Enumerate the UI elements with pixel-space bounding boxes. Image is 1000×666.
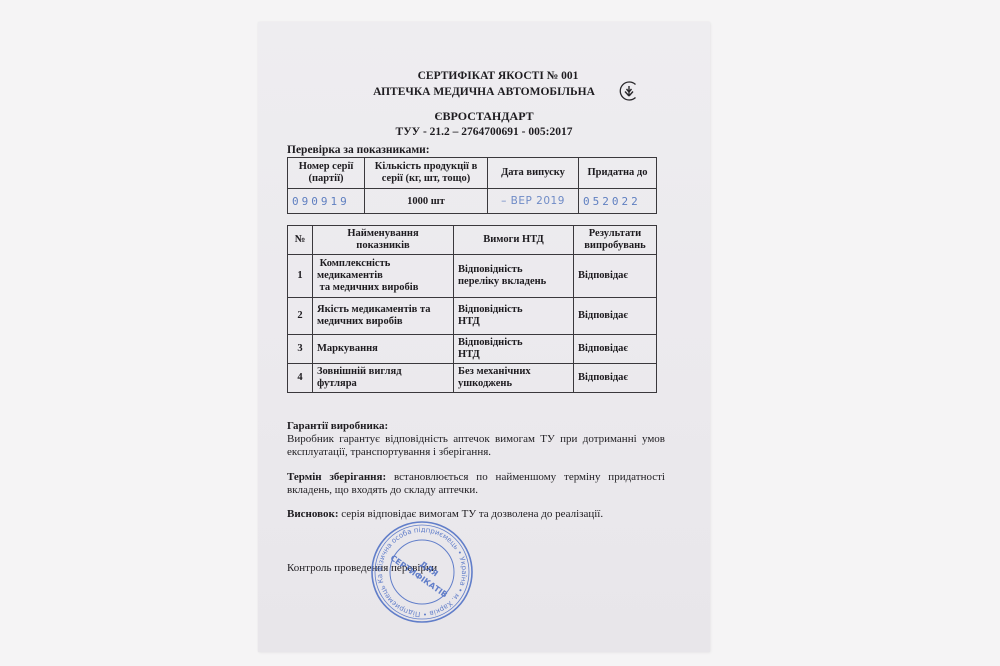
table-row: 4 Зовнішній виглядфутляра Без механічних… (288, 364, 657, 393)
release-date: – ВЕР 2019 (488, 189, 579, 214)
series-table: Номер серії(партії) Кількість продукції … (287, 157, 657, 214)
certificate-title: СЕРТИФІКАТ ЯКОСТІ № 001 (258, 68, 710, 84)
certificate-paper: СЕРТИФІКАТ ЯКОСТІ № 001 АПТЕЧКА МЕДИЧНА … (258, 22, 710, 652)
header-valid-until: Придатна до (579, 158, 657, 189)
test-result: Відповідає (574, 335, 657, 364)
standard-name: ЄВРОСТАНДАРТ (258, 108, 710, 124)
results-table: № Найменуванняпоказників Вимоги НТД Резу… (287, 225, 657, 393)
storage-label: Термін зберігання: (287, 471, 386, 483)
certificate-header: СЕРТИФІКАТ ЯКОСТІ № 001 АПТЕЧКА МЕДИЧНА … (258, 68, 710, 140)
row-number: 4 (288, 364, 313, 393)
header-requirements: Вимоги НТД (454, 226, 574, 255)
control-signature-line: Контроль проведення перевірки (287, 562, 665, 575)
series-table-row: 090919 1000 шт – ВЕР 2019 052022 (288, 189, 657, 214)
guarantee-label: Гарантії виробника: (287, 420, 388, 432)
guarantee-text: Виробник гарантує відповідність аптечок … (287, 433, 665, 458)
indicator-name: Якість медикаментів тамедичних виробів (313, 298, 454, 335)
header-number: № (288, 226, 313, 255)
svg-text:СЕРТИФІКАТІВ: СЕРТИФІКАТІВ (389, 553, 449, 599)
requirement: ВідповідністьНТД (454, 335, 574, 364)
indicator-name: Комплексністьмедикаментів та медичних ви… (313, 255, 454, 298)
quantity: 1000 шт (365, 189, 488, 214)
table-row: 2 Якість медикаментів тамедичних виробів… (288, 298, 657, 335)
conformity-mark-icon (617, 79, 641, 103)
requirement: Відповідністьпереліку вкладень (454, 255, 574, 298)
header-test-results: Результативипробувань (574, 226, 657, 255)
conclusion-section: Висновок: серія відповідає вимогам ТУ та… (287, 508, 665, 521)
indicator-name: Зовнішній виглядфутляра (313, 364, 454, 393)
results-table-header: № Найменуванняпоказників Вимоги НТД Резу… (288, 226, 657, 255)
conclusion-label: Висновок: (287, 508, 339, 520)
product-name: АПТЕЧКА МЕДИЧНА АВТОМОБІЛЬНА (258, 84, 710, 100)
test-result: Відповідає (574, 255, 657, 298)
table-row: 1 Комплексністьмедикаментів та медичних … (288, 255, 657, 298)
valid-until: 052022 (579, 189, 657, 214)
header-quantity: Кількість продукції всерії (кг, шт, тощо… (365, 158, 488, 189)
requirement: ВідповідністьНТД (454, 298, 574, 335)
indicator-name: Маркування (313, 335, 454, 364)
row-number: 2 (288, 298, 313, 335)
header-indicator-name: Найменуванняпоказників (313, 226, 454, 255)
test-result: Відповідає (574, 298, 657, 335)
series-number: 090919 (288, 189, 365, 214)
header-series-number: Номер серії(партії) (288, 158, 365, 189)
series-table-header: Номер серії(партії) Кількість продукції … (288, 158, 657, 189)
row-number: 3 (288, 335, 313, 364)
row-number: 1 (288, 255, 313, 298)
table-row: 3 Маркування ВідповідністьНТД Відповідає (288, 335, 657, 364)
series-check-label: Перевірка за показниками: (287, 144, 430, 156)
header-release-date: Дата випуску (488, 158, 579, 189)
spec-code: ТУУ - 21.2 – 2764700691 - 005:2017 (258, 124, 710, 140)
conclusion-text: серія відповідає вимогам ТУ та дозволена… (339, 508, 604, 520)
storage-section: Термін зберігання: встановлюється по най… (287, 471, 665, 497)
requirement: Без механічнихушкоджень (454, 364, 574, 393)
guarantee-section: Гарантії виробника: Виробник гарантує ві… (287, 420, 665, 459)
test-result: Відповідає (574, 364, 657, 393)
